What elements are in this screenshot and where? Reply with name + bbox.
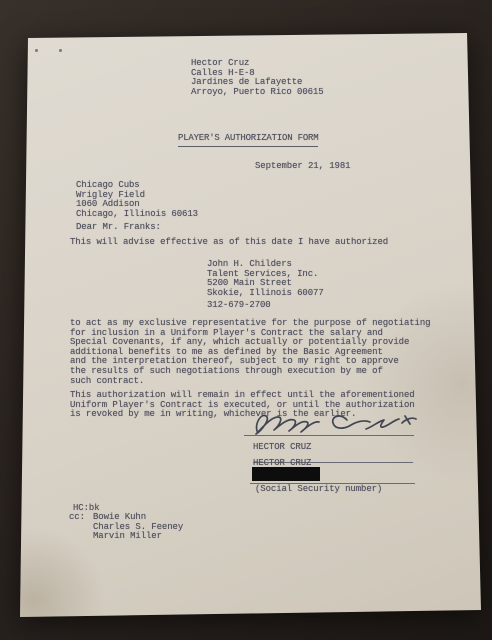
letter-title: PLAYER'S AUTHORIZATION FORM	[178, 134, 318, 147]
body-paragraph-1: to act as my exclusive representative fo…	[70, 319, 430, 386]
agent-address: John H. Childers Talent Services, Inc. 5…	[207, 260, 324, 298]
letter-date: September 21, 1981	[255, 162, 350, 172]
photo-background: Hector Cruz Calles H-E-8 Jardines de Laf…	[0, 0, 492, 640]
ssn-redaction-box	[252, 467, 320, 481]
cc-names: Bowie Kuhn Charles S. Feeney Marvin Mill…	[93, 513, 183, 542]
printed-name-line: HECTOR CRUZ	[253, 452, 413, 463]
ssn-caption: (Social Security number)	[255, 485, 382, 495]
recipient-address: Chicago Cubs Wrigley Field 1060 Addison …	[76, 181, 198, 219]
agent-phone: 312-679-2700	[207, 301, 271, 311]
intro-line: This will advise effective as of this da…	[70, 238, 388, 248]
staple-hole	[59, 49, 62, 52]
cc-label: cc:	[69, 513, 85, 523]
salutation: Dear Mr. Franks:	[76, 223, 161, 233]
sender-address: Hector Cruz Calles H-E-8 Jardines de Laf…	[191, 59, 324, 97]
staple-hole	[35, 49, 38, 52]
letter-paper-shadow: Hector Cruz Calles H-E-8 Jardines de Laf…	[20, 33, 481, 617]
signature-typed-name: HECTOR CRUZ	[253, 442, 311, 452]
letter-paper: Hector Cruz Calles H-E-8 Jardines de Laf…	[20, 33, 481, 617]
